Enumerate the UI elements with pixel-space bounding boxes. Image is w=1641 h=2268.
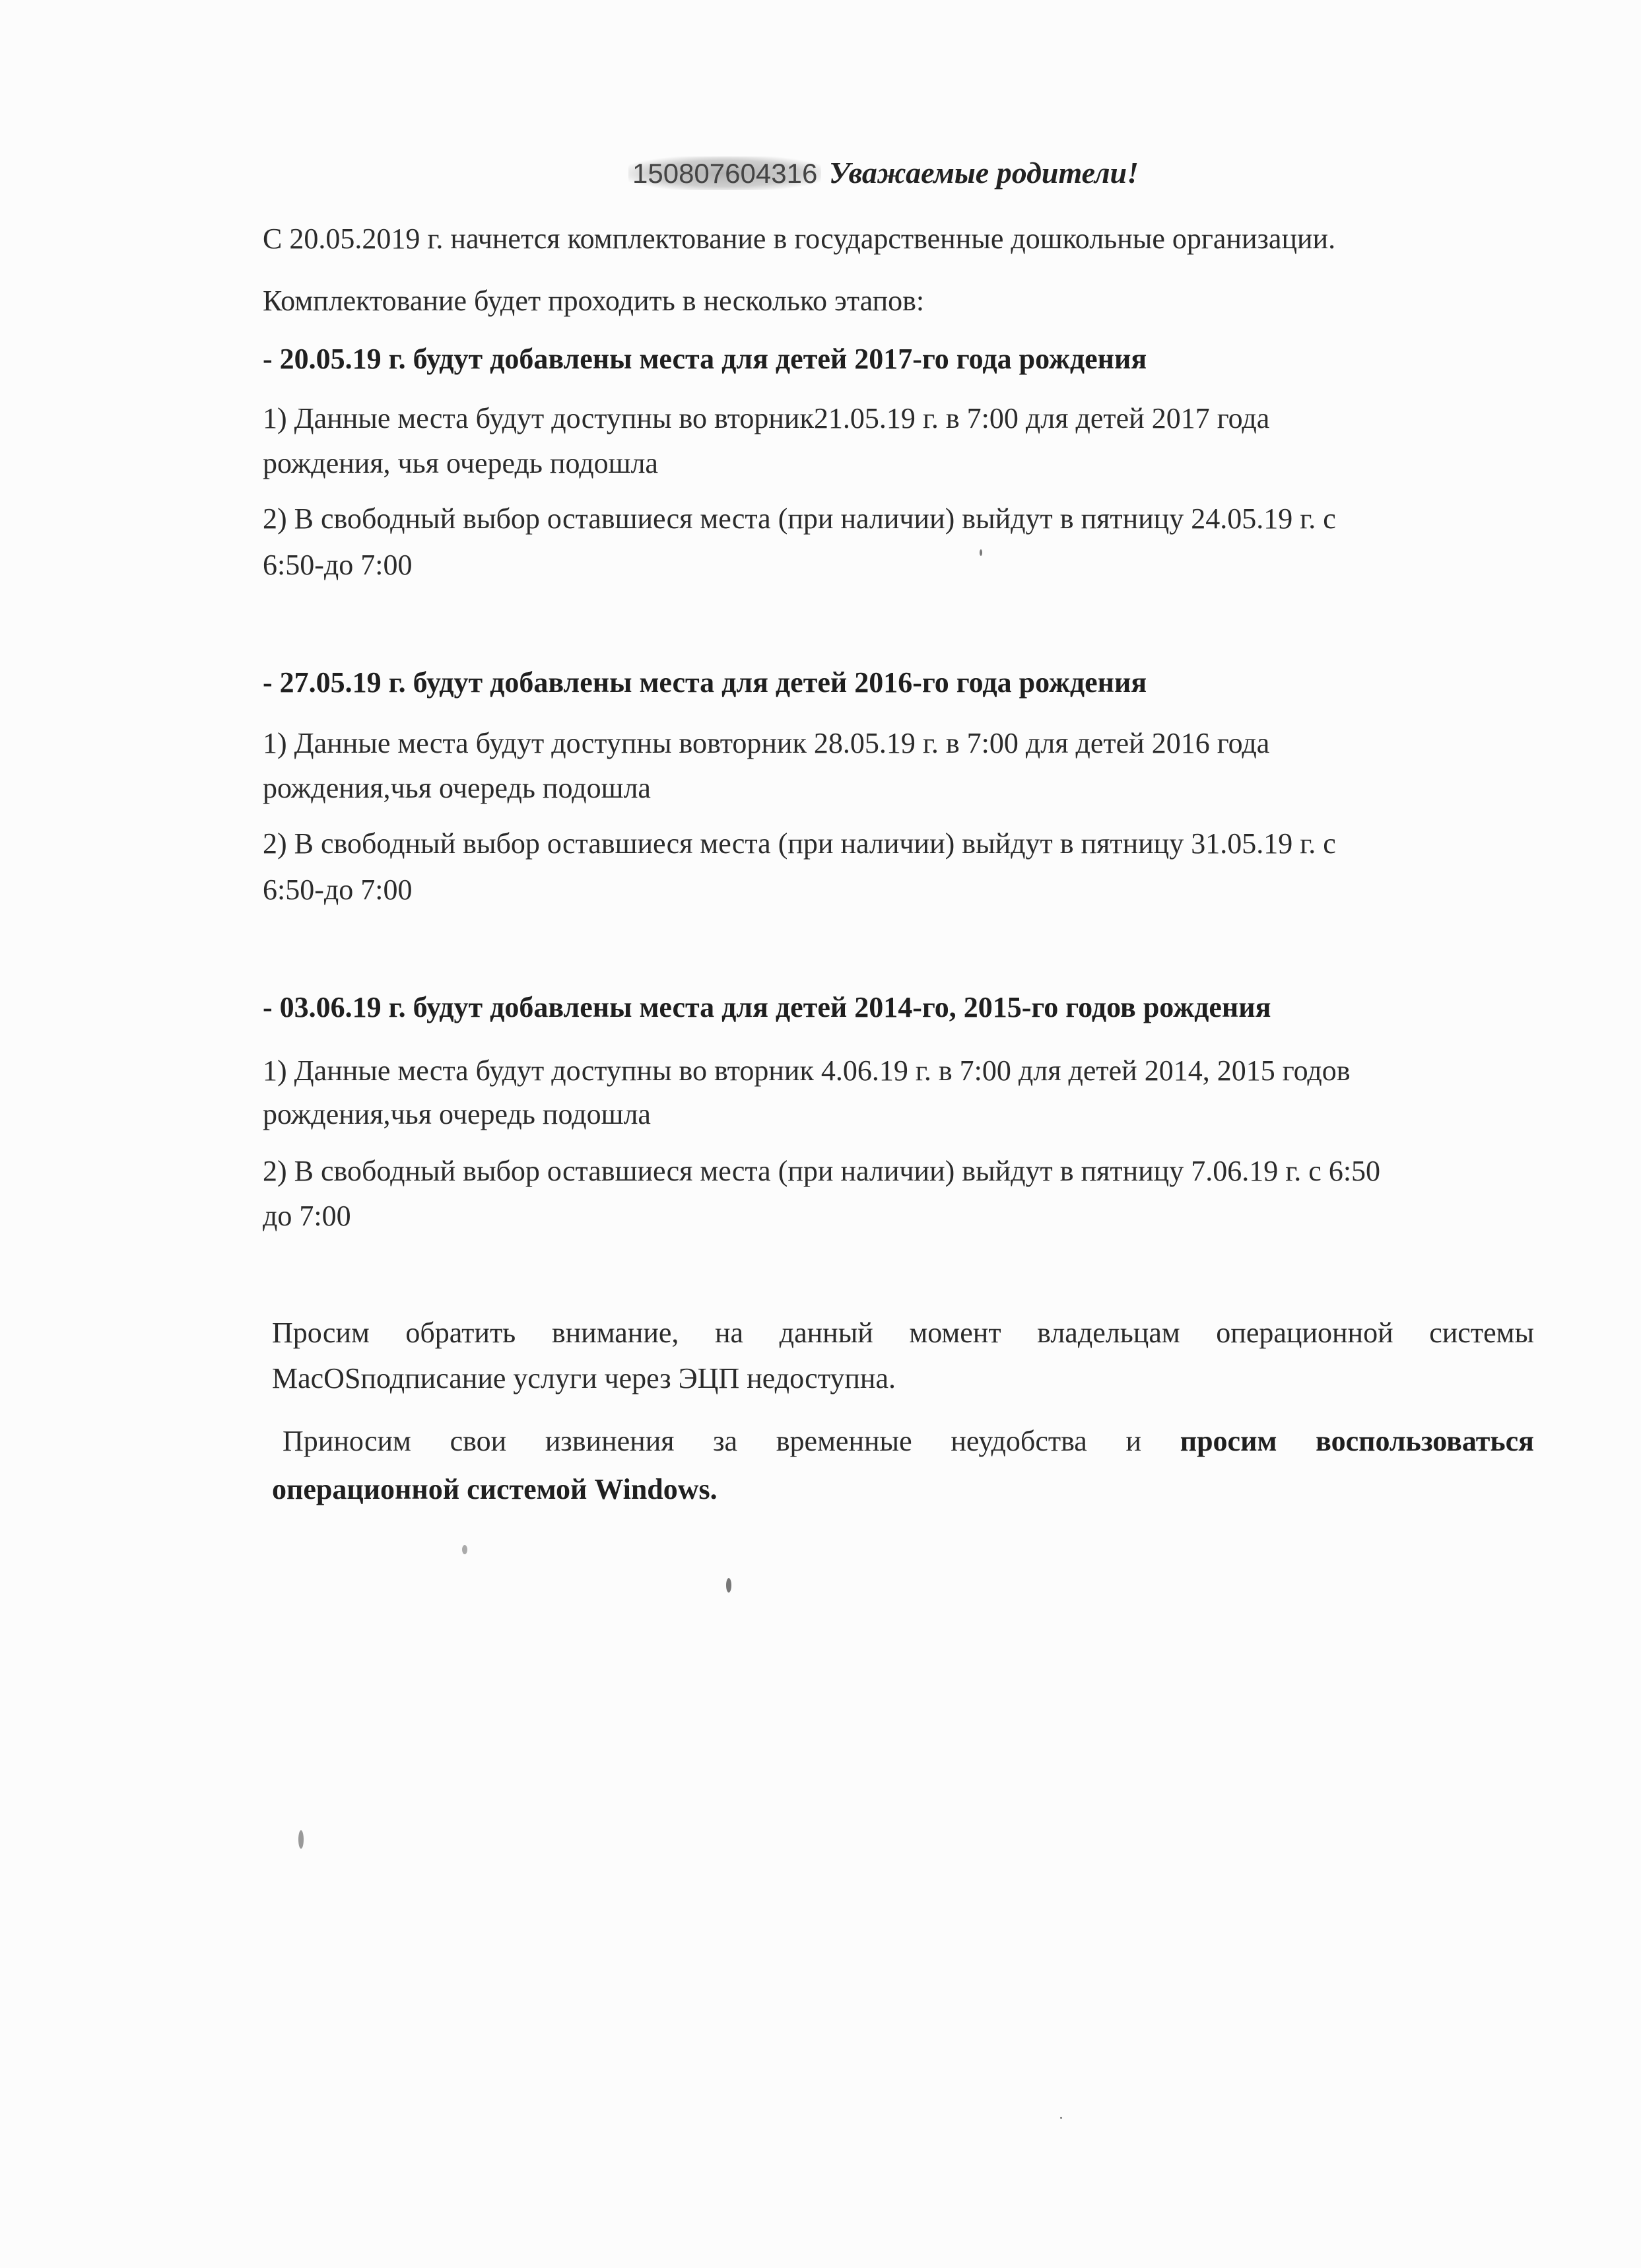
stage-3-item-2-cont: до 7:00 bbox=[263, 1198, 351, 1235]
apology-text: Приносим свои извинения за временные неу… bbox=[283, 1425, 1180, 1457]
notice-line-2: MacOSподписание услуги через ЭЦП недосту… bbox=[272, 1360, 896, 1397]
scan-speck bbox=[980, 549, 982, 556]
scanned-page: 150807604316 Уважаемые родители! С 20.05… bbox=[0, 0, 1641, 2268]
document-title: 150807604316 Уважаемые родители! bbox=[628, 153, 1139, 193]
intro-stages-note: Комплектование будет проходить в несколь… bbox=[263, 283, 924, 320]
stage-1-item-1: 1) Данные места будут доступны во вторни… bbox=[263, 400, 1269, 437]
stage-1-item-1-cont: рождения, чья очередь подошла bbox=[263, 445, 658, 482]
stage-2-item-1-cont: рождения,чья очередь подошла bbox=[263, 770, 651, 807]
scan-speck bbox=[726, 1578, 731, 1593]
stage-2-item-2: 2) В свободный выбор оставшиеся места (п… bbox=[263, 825, 1336, 862]
stage-1-item-2: 2) В свободный выбор оставшиеся места (п… bbox=[263, 500, 1336, 537]
stage-1-item-2-cont: 6:50-до 7:00 bbox=[263, 547, 413, 584]
redacted-id: 150807604316 bbox=[628, 156, 821, 190]
scan-speck bbox=[298, 1830, 304, 1849]
greeting-heading: Уважаемые родители! bbox=[829, 156, 1139, 189]
stage-2-item-1: 1) Данные места будут доступны вовторник… bbox=[263, 725, 1269, 762]
apology-line-2: операционной системой Windows. bbox=[272, 1471, 718, 1508]
stage-1-heading: - 20.05.19 г. будут добавлены места для … bbox=[263, 341, 1147, 378]
apology-line-1: Приносим свои извинения за временные неу… bbox=[283, 1420, 1534, 1463]
stage-2-item-2-cont: 6:50-до 7:00 bbox=[263, 872, 413, 909]
stage-2-heading: - 27.05.19 г. будут добавлены места для … bbox=[263, 664, 1147, 701]
stage-3-item-2: 2) В свободный выбор оставшиеся места (п… bbox=[263, 1153, 1380, 1190]
stage-3-heading: - 03.06.19 г. будут добавлены места для … bbox=[263, 989, 1271, 1026]
apology-request-bold: просим воспользоваться bbox=[1180, 1425, 1534, 1457]
scan-speck bbox=[1060, 2117, 1062, 2119]
stage-3-item-1: 1) Данные места будут доступны во вторни… bbox=[263, 1052, 1351, 1089]
intro-paragraph: С 20.05.2019 г. начнется комплектование … bbox=[263, 221, 1335, 258]
notice-line-1: Просим обратить внимание, на данный моме… bbox=[272, 1311, 1534, 1355]
scan-speck bbox=[462, 1545, 467, 1554]
stage-3-item-1-cont: рождения,чья очередь подошла bbox=[263, 1096, 651, 1133]
